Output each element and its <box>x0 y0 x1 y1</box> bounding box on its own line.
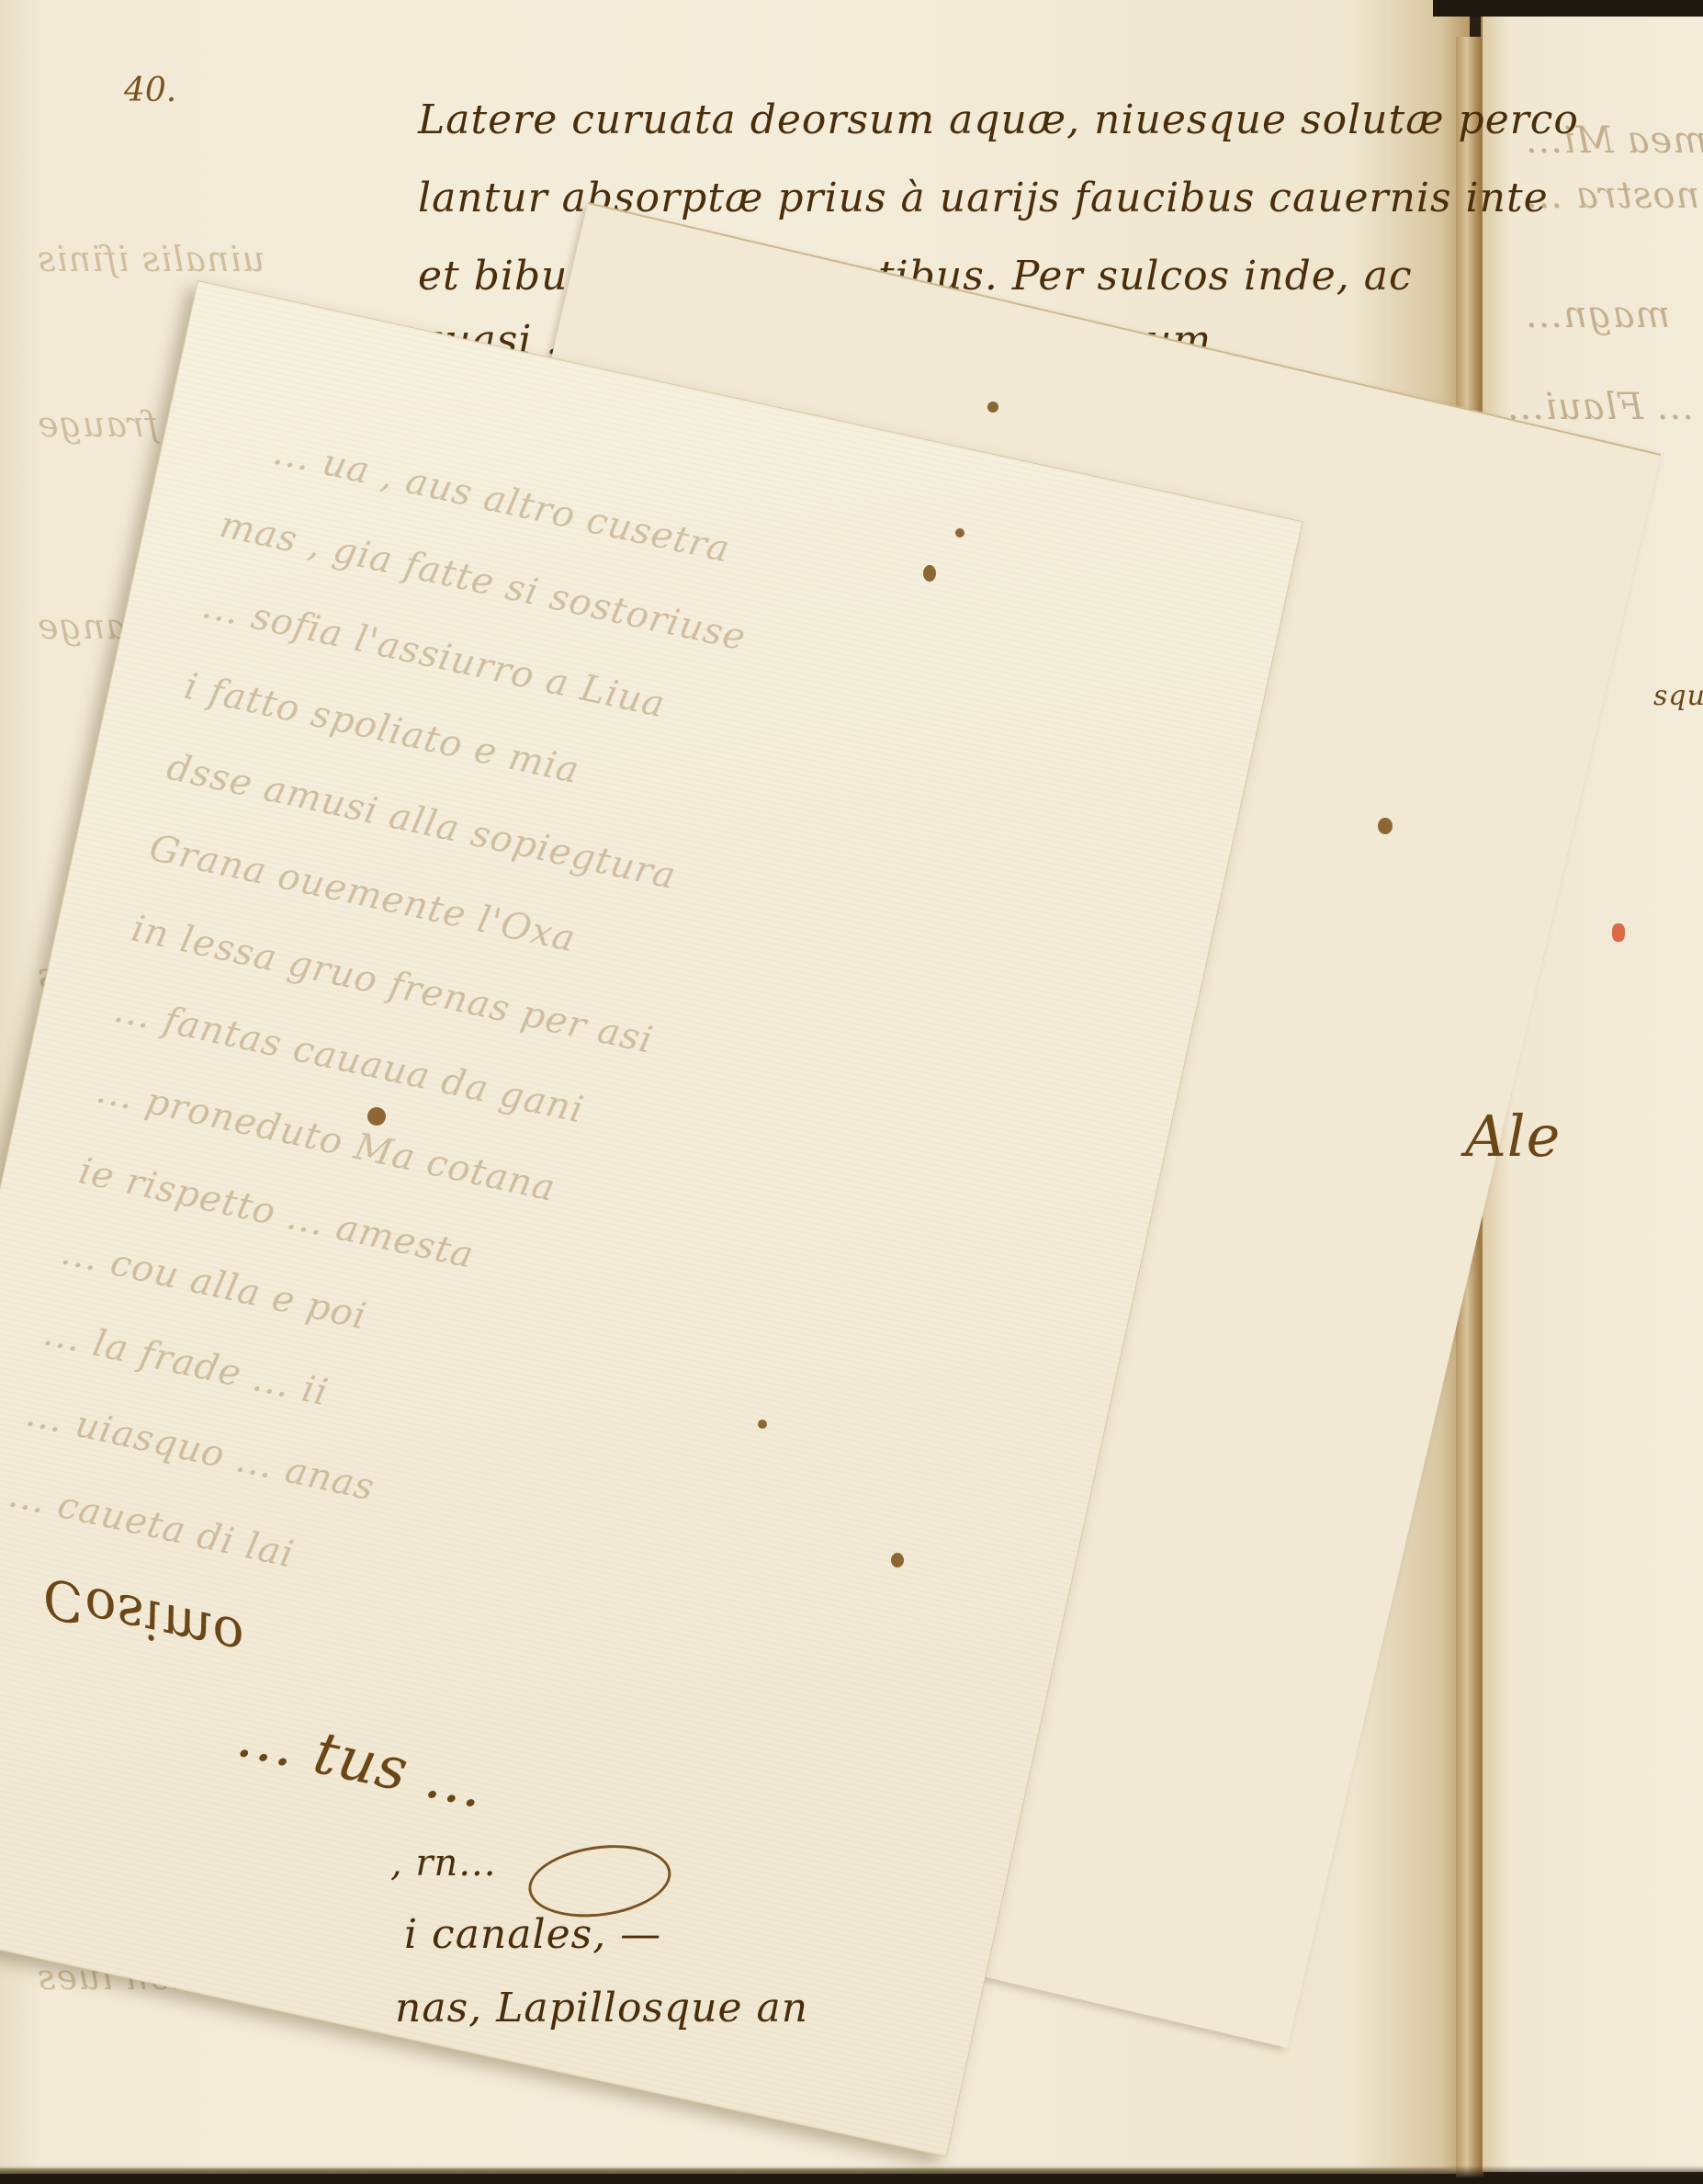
background-bottom <box>0 2166 1703 2184</box>
right-page-fragment: nostra ... <box>1525 175 1699 217</box>
ink-blot <box>955 528 964 538</box>
bleed-through-text: uinalis ifinis <box>37 239 265 279</box>
manuscript-bottom-line-1: , rn... <box>390 1842 496 1884</box>
manuscript-line-1: Latere curuata deorsum aquæ, niuesque so… <box>418 96 1579 143</box>
ink-blot <box>1378 818 1393 834</box>
manuscript-bottom-line-2: i canales, — <box>404 1911 661 1958</box>
faint-letter-line: ... cou alla e poi <box>58 1230 371 1338</box>
right-page-fragment: sque <box>1653 680 1703 712</box>
faint-letter-line: ... la frade ... ii <box>39 1311 332 1414</box>
manuscript-scene: 40. uinalis ifinis Jetonia frauge ouanu … <box>0 0 1703 2184</box>
right-page-fragment: mea Mi... <box>1525 119 1703 162</box>
faint-letter-line: ... caueta di lai <box>5 1473 298 1576</box>
signature-initials: ... tus ... <box>231 1703 491 1823</box>
folio-number: 40. <box>124 72 176 109</box>
signature: Cosimo <box>37 1566 251 1670</box>
right-page-fragment: magn... <box>1525 294 1670 336</box>
ink-blot <box>891 1553 904 1567</box>
ink-blot <box>923 565 936 582</box>
manuscript-bottom-line-3: nas, Lapillosque an <box>395 1985 808 2031</box>
signature-fragment: Ale <box>1465 1103 1561 1170</box>
background-top-right <box>1433 0 1703 17</box>
ink-blot <box>987 402 998 413</box>
ink-blot <box>367 1107 386 1126</box>
red-wax-mark <box>1612 923 1625 942</box>
right-manuscript-page <box>1481 13 1703 2172</box>
ink-blot <box>758 1420 767 1429</box>
right-page-fragment: ... Flaui... <box>1506 386 1694 428</box>
